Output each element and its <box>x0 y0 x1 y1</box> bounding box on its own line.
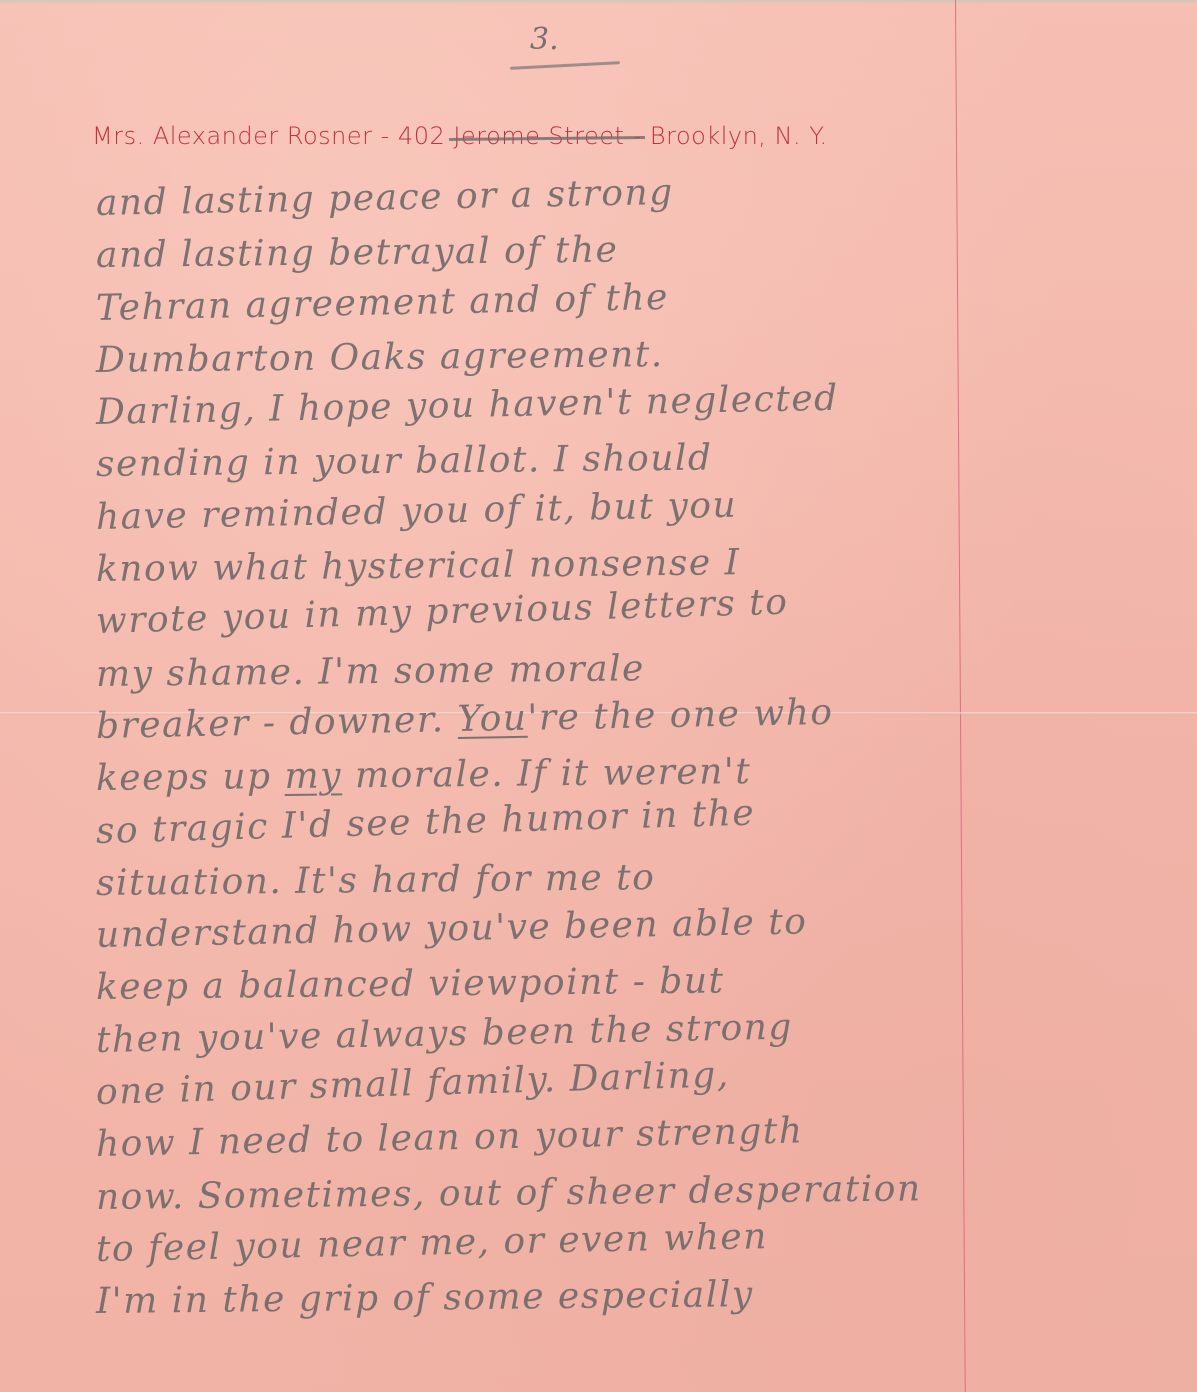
line-text: breaker - downer. <box>96 699 458 747</box>
letterhead: Mrs. Alexander Rosner - 402 Jerome Stree… <box>92 122 828 150</box>
paper-top-edge <box>0 0 1197 4</box>
letterhead-name: Mrs. Alexander Rosner - 402 <box>92 122 445 150</box>
underlined-word: You <box>457 698 528 740</box>
line-text: 're the one who <box>527 692 834 739</box>
page-number-underline <box>510 61 620 70</box>
handwritten-line: I'm in the grip of some especially <box>96 1265 1186 1329</box>
letterhead-city: Brooklyn, N. Y. <box>650 122 828 150</box>
letter-page: 3. Mrs. Alexander Rosner - 402 Jerome St… <box>0 0 1197 1392</box>
handwritten-body: and lasting peace or a strong and lastin… <box>96 178 1186 1329</box>
underlined-word: my <box>284 756 342 798</box>
page-number: 3. <box>530 22 559 57</box>
letterhead-struck-address: Jerome Street - <box>453 122 641 150</box>
line-text: keeps up <box>96 756 285 799</box>
